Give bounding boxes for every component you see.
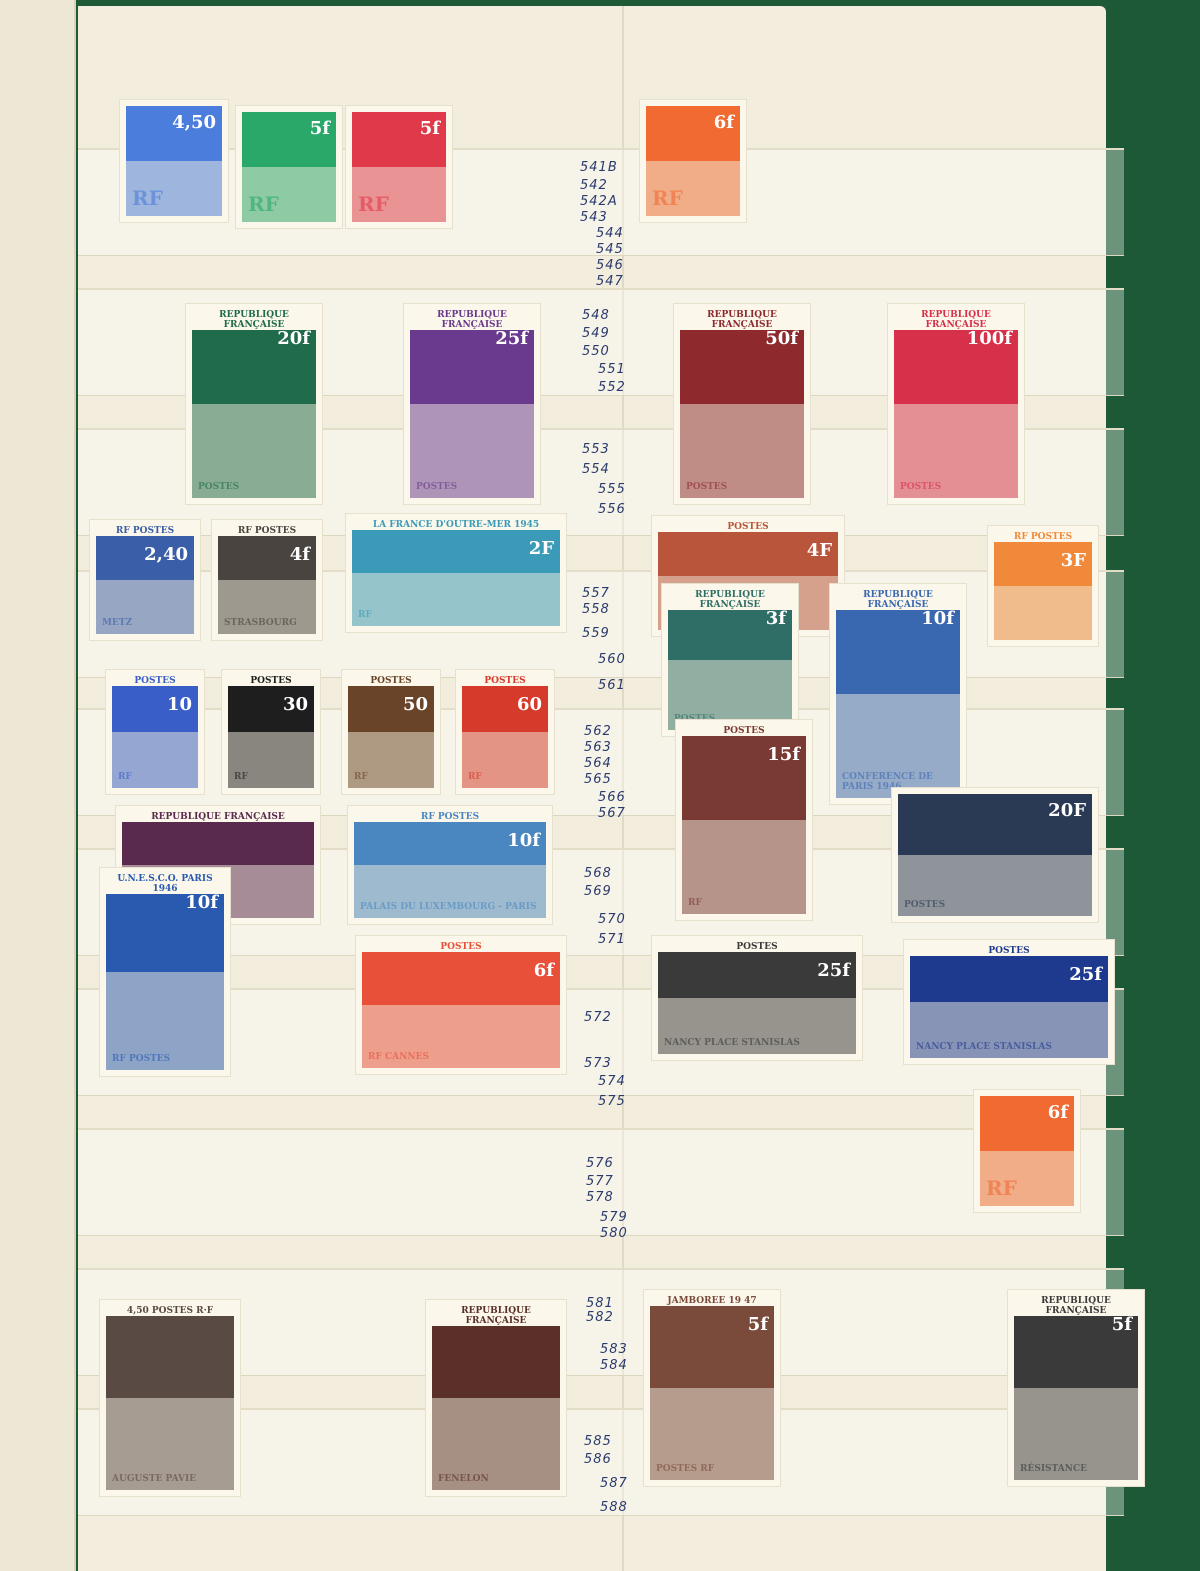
stamp-value: 10f: [185, 892, 218, 913]
postage-stamp: RÉPUBLIQUE FRANÇAISE3fPOSTES: [662, 584, 798, 736]
catalogue-number: 578: [586, 1190, 614, 1205]
stamp-value: 6f: [534, 960, 554, 981]
stamp-design: 20FPOSTES: [898, 794, 1092, 916]
stamp-header: RF POSTES: [96, 526, 194, 536]
catalogue-number: 557: [582, 586, 610, 601]
stamp-design: POSTES60RF: [462, 676, 548, 788]
stamp-value: 50f: [765, 328, 798, 349]
postage-stamp: 5fRF: [346, 106, 452, 228]
stamp-header: POSTES: [462, 676, 548, 686]
stamp-design: RF POSTES10fPALAIS DU LUXEMBOURG - PARIS: [354, 812, 546, 918]
catalogue-number: 555: [598, 482, 626, 497]
catalogue-number: 583: [600, 1342, 628, 1357]
postage-stamp: 5fRF: [236, 106, 342, 228]
stamp-caption: RF: [234, 772, 248, 782]
catalogue-number: 547: [596, 274, 624, 289]
stamp-header: RF POSTES: [218, 526, 316, 536]
catalogue-number: 573: [584, 1056, 612, 1071]
stamp-caption: POSTES: [416, 482, 457, 492]
stamp-header: 4,50 POSTES R·F: [106, 1306, 234, 1316]
stamp-value: 10f: [507, 830, 540, 851]
stamp-header: RF POSTES: [354, 812, 546, 822]
catalogue-number: 587: [600, 1476, 628, 1491]
stamp-value: 10: [167, 694, 192, 715]
stamp-design: POSTES15fRF: [682, 726, 806, 914]
catalogue-number: 580: [600, 1226, 628, 1241]
stamp-design: RF POSTES4fSTRASBOURG: [218, 526, 316, 634]
stamp-value: 20F: [1048, 800, 1086, 821]
stamp-design: POSTES10RF: [112, 676, 198, 788]
postage-stamp: RF POSTES10fPALAIS DU LUXEMBOURG - PARIS: [348, 806, 552, 924]
postage-stamp: 6fRF: [974, 1090, 1080, 1212]
stamp-header: POSTES: [910, 946, 1108, 956]
stamp-caption: AUGUSTE PAVIE: [112, 1474, 196, 1484]
catalogue-number: 552: [598, 380, 626, 395]
album-left-edge: [0, 0, 76, 1571]
stamp-design: 6fRF: [980, 1096, 1074, 1206]
catalogue-number: 562: [584, 724, 612, 739]
stamp-design: RÉPUBLIQUE FRANÇAISE5fRÉSISTANCE: [1014, 1296, 1138, 1480]
catalogue-number: 541B: [580, 160, 618, 175]
postage-stamp: RÉPUBLIQUE FRANÇAISE5fRÉSISTANCE: [1008, 1290, 1144, 1486]
postage-stamp: RÉPUBLIQUE FRANÇAISE100fPOSTES: [888, 304, 1024, 504]
postage-stamp: RF POSTES3F: [988, 526, 1098, 646]
stamp-header: LA FRANCE D'OUTRE-MER 1945: [352, 520, 560, 530]
stamp-header: RÉPUBLIQUE FRANÇAISE: [432, 1306, 560, 1326]
stamp-value: 5f: [420, 118, 440, 139]
catalogue-number: 588: [600, 1500, 628, 1515]
catalogue-number: 565: [584, 772, 612, 787]
catalogue-number: 563: [584, 740, 612, 755]
postage-stamp: JAMBOREE 19 475fPOSTES RF: [644, 1290, 780, 1486]
catalogue-number: 568: [584, 866, 612, 881]
catalogue-number: 549: [582, 326, 610, 341]
stamp-header: RÉPUBLIQUE FRANÇAISE: [1014, 1296, 1138, 1316]
stamp-caption: RF POSTES: [112, 1054, 170, 1064]
postage-stamp: RF POSTES2,40METZ: [90, 520, 200, 640]
stamp-value: 3f: [766, 608, 786, 629]
postage-stamp: 4,50RF: [120, 100, 228, 222]
stamp-caption: POSTES: [198, 482, 239, 492]
stamp-value: 60: [517, 694, 542, 715]
postage-stamp: 6fRF: [640, 100, 746, 222]
stamp-value: 3F: [1061, 550, 1086, 571]
stamp-header: RÉPUBLIQUE FRANÇAISE: [668, 590, 792, 610]
album-photo: 541B542542A54354454554654754854955055155…: [0, 0, 1200, 1571]
catalogue-number: 585: [584, 1434, 612, 1449]
stamp-design: POSTES25fNANCY PLACE STANISLAS: [658, 942, 856, 1054]
stamp-value: 30: [283, 694, 308, 715]
stamp-caption: RF: [688, 898, 702, 908]
stamp-caption: NANCY PLACE STANISLAS: [916, 1042, 1052, 1052]
catalogue-number: 558: [582, 602, 610, 617]
stamp-value: 25f: [495, 328, 528, 349]
stamp-caption: RÉSISTANCE: [1020, 1464, 1087, 1474]
catalogue-number: 567: [598, 806, 626, 821]
postage-stamp: RÉPUBLIQUE FRANÇAISE10fCONFERENCE DE PAR…: [830, 584, 966, 804]
catalogue-number: 544: [596, 226, 624, 241]
stamp-design: RÉPUBLIQUE FRANÇAISEFENELON: [432, 1306, 560, 1490]
postage-stamp: RÉPUBLIQUE FRANÇAISE50fPOSTES: [674, 304, 810, 504]
stamp-header: POSTES: [658, 522, 838, 532]
postage-stamp: POSTES6fRF CANNES: [356, 936, 566, 1074]
catalogue-number: 576: [586, 1156, 614, 1171]
stamp-design: 6fRF: [646, 106, 740, 216]
stamp-design: 4,50RF: [126, 106, 222, 216]
catalogue-number: 582: [586, 1310, 614, 1325]
stamp-header: RÉPUBLIQUE FRANÇAISE: [410, 310, 534, 330]
catalogue-number: 551: [598, 362, 626, 377]
strip-overlay: [352, 573, 560, 626]
stamp-header: POSTES: [348, 676, 434, 686]
stamp-header: POSTES: [682, 726, 806, 736]
stamp-caption: POSTES: [904, 900, 945, 910]
postage-stamp: POSTES25fNANCY PLACE STANISLAS: [652, 936, 862, 1060]
stamp-header: RÉPUBLIQUE FRANÇAISE: [192, 310, 316, 330]
stamp-caption: RF: [986, 1176, 1017, 1200]
stamp-caption: RF: [132, 186, 163, 210]
catalogue-number: 546: [596, 258, 624, 273]
catalogue-number: 579: [600, 1210, 628, 1225]
stamp-value: 5f: [1112, 1314, 1132, 1335]
catalogue-number: 542A: [580, 194, 618, 209]
catalogue-number: 577: [586, 1174, 614, 1189]
postage-stamp: POSTES30RF: [222, 670, 320, 794]
stamp-design: POSTES6fRF CANNES: [362, 942, 560, 1068]
stamp-caption: RF: [118, 772, 132, 782]
stamp-header: RÉPUBLIQUE FRANÇAISE: [836, 590, 960, 610]
stamp-header: POSTES: [112, 676, 198, 686]
stamp-caption: RF CANNES: [368, 1052, 429, 1062]
stamp-value: 6f: [714, 112, 734, 133]
stamp-design: POSTES30RF: [228, 676, 314, 788]
catalogue-number: 543: [580, 210, 608, 225]
postage-stamp: POSTES25fNANCY PLACE STANISLAS: [904, 940, 1114, 1064]
catalogue-number: 561: [598, 678, 626, 693]
stamp-value: 2F: [529, 538, 554, 559]
stamp-value: 4,50: [172, 112, 216, 133]
catalogue-number: 581: [586, 1296, 614, 1311]
stamp-value: 5f: [310, 118, 330, 139]
stamp-caption: NANCY PLACE STANISLAS: [664, 1038, 800, 1048]
stamp-header: JAMBOREE 19 47: [650, 1296, 774, 1306]
catalogue-number: 545: [596, 242, 624, 257]
catalogue-number: 542: [580, 178, 608, 193]
catalogue-number: 556: [598, 502, 626, 517]
stamp-design: RÉPUBLIQUE FRANÇAISE50fPOSTES: [680, 310, 804, 498]
catalogue-number: 572: [584, 1010, 612, 1025]
stamp-design: RÉPUBLIQUE FRANÇAISE25fPOSTES: [410, 310, 534, 498]
stamp-value: 6f: [1048, 1102, 1068, 1123]
stamp-caption: METZ: [102, 618, 132, 628]
catalogue-number: 584: [600, 1358, 628, 1373]
stamp-header: RF POSTES: [994, 532, 1092, 542]
stamp-caption: RF: [358, 192, 389, 216]
stamp-caption: RF: [354, 772, 368, 782]
stamp-caption: FENELON: [438, 1474, 489, 1484]
stamp-value: 25f: [817, 960, 850, 981]
postage-stamp: POSTES10RF: [106, 670, 204, 794]
stamp-design: 5fRF: [352, 112, 446, 222]
catalogue-number: 560: [598, 652, 626, 667]
stamp-design: POSTES25fNANCY PLACE STANISLAS: [910, 946, 1108, 1058]
catalogue-number: 575: [598, 1094, 626, 1109]
catalogue-number: 574: [598, 1074, 626, 1089]
stamp-caption: STRASBOURG: [224, 618, 297, 628]
stamp-design: RÉPUBLIQUE FRANÇAISE10fCONFERENCE DE PAR…: [836, 590, 960, 798]
stamp-design: 5fRF: [242, 112, 336, 222]
stamp-design: RF POSTES3F: [994, 532, 1092, 640]
stamp-value: 20f: [277, 328, 310, 349]
stamp-caption: RF: [652, 186, 683, 210]
stamp-caption: POSTES: [686, 482, 727, 492]
stamp-value: 100f: [967, 328, 1012, 349]
stamp-caption: RF: [248, 192, 279, 216]
postage-stamp: RÉPUBLIQUE FRANÇAISEFENELON: [426, 1300, 566, 1496]
stamp-header: U.N.E.S.C.O. PARIS 1946: [106, 874, 224, 894]
stamp-value: 15f: [767, 744, 800, 765]
postage-stamp: 4,50 POSTES R·FAUGUSTE PAVIE: [100, 1300, 240, 1496]
postage-stamp: RÉPUBLIQUE FRANÇAISE25fPOSTES: [404, 304, 540, 504]
postage-stamp: RÉPUBLIQUE FRANÇAISE20fPOSTES: [186, 304, 322, 504]
postage-stamp: POSTES60RF: [456, 670, 554, 794]
catalogue-number: 566: [598, 790, 626, 805]
stamp-design: RÉPUBLIQUE FRANÇAISE3fPOSTES: [668, 590, 792, 730]
catalogue-number: 553: [582, 442, 610, 457]
catalogue-number: 564: [584, 756, 612, 771]
stamp-design: POSTES50RF: [348, 676, 434, 788]
postage-stamp: 20FPOSTES: [892, 788, 1098, 922]
stamp-value: 4F: [807, 540, 832, 561]
stamp-value: 4f: [290, 544, 310, 565]
postage-stamp: U.N.E.S.C.O. PARIS 194610fRF POSTES: [100, 868, 230, 1076]
catalogue-number: 550: [582, 344, 610, 359]
stamp-caption: RF: [358, 610, 372, 620]
stamp-design: RÉPUBLIQUE FRANÇAISE20fPOSTES: [192, 310, 316, 498]
stamp-value: 5f: [748, 1314, 768, 1335]
postage-stamp: RF POSTES4fSTRASBOURG: [212, 520, 322, 640]
stamp-design: LA FRANCE D'OUTRE-MER 19452FRF: [352, 520, 560, 626]
stamp-caption: POSTES: [900, 482, 941, 492]
stamp-value: 50: [403, 694, 428, 715]
stamp-caption: RF: [468, 772, 482, 782]
catalogue-number: 586: [584, 1452, 612, 1467]
stamp-value: 10f: [921, 608, 954, 629]
catalogue-number: 569: [584, 884, 612, 899]
stamp-caption: POSTES RF: [656, 1464, 714, 1474]
stamp-value: 25f: [1069, 964, 1102, 985]
catalogue-number: 554: [582, 462, 610, 477]
stamp-caption: PALAIS DU LUXEMBOURG - PARIS: [360, 902, 536, 912]
stamp-header: RÉPUBLIQUE FRANÇAISE: [680, 310, 804, 330]
stamp-design: RÉPUBLIQUE FRANÇAISE100fPOSTES: [894, 310, 1018, 498]
stamp-header: RÉPUBLIQUE FRANÇAISE: [894, 310, 1018, 330]
stamp-header: POSTES: [362, 942, 560, 952]
stamp-value: 2,40: [144, 544, 188, 565]
catalogue-number: 548: [582, 308, 610, 323]
stamp-design: U.N.E.S.C.O. PARIS 194610fRF POSTES: [106, 874, 224, 1070]
stamp-design: RF POSTES2,40METZ: [96, 526, 194, 634]
stamp-design: 4,50 POSTES R·FAUGUSTE PAVIE: [106, 1306, 234, 1490]
stamp-header: POSTES: [658, 942, 856, 952]
postage-stamp: LA FRANCE D'OUTRE-MER 19452FRF: [346, 514, 566, 632]
strip-overlay: [994, 586, 1092, 640]
postage-stamp: POSTES15fRF: [676, 720, 812, 920]
catalogue-number: 559: [582, 626, 610, 641]
stamp-design: JAMBOREE 19 475fPOSTES RF: [650, 1296, 774, 1480]
stamp-header: POSTES: [228, 676, 314, 686]
catalogue-number: 570: [598, 912, 626, 927]
stamp-header: REPUBLIQUE FRANÇAISE: [122, 812, 314, 822]
catalogue-number: 571: [598, 932, 626, 947]
postage-stamp: POSTES50RF: [342, 670, 440, 794]
